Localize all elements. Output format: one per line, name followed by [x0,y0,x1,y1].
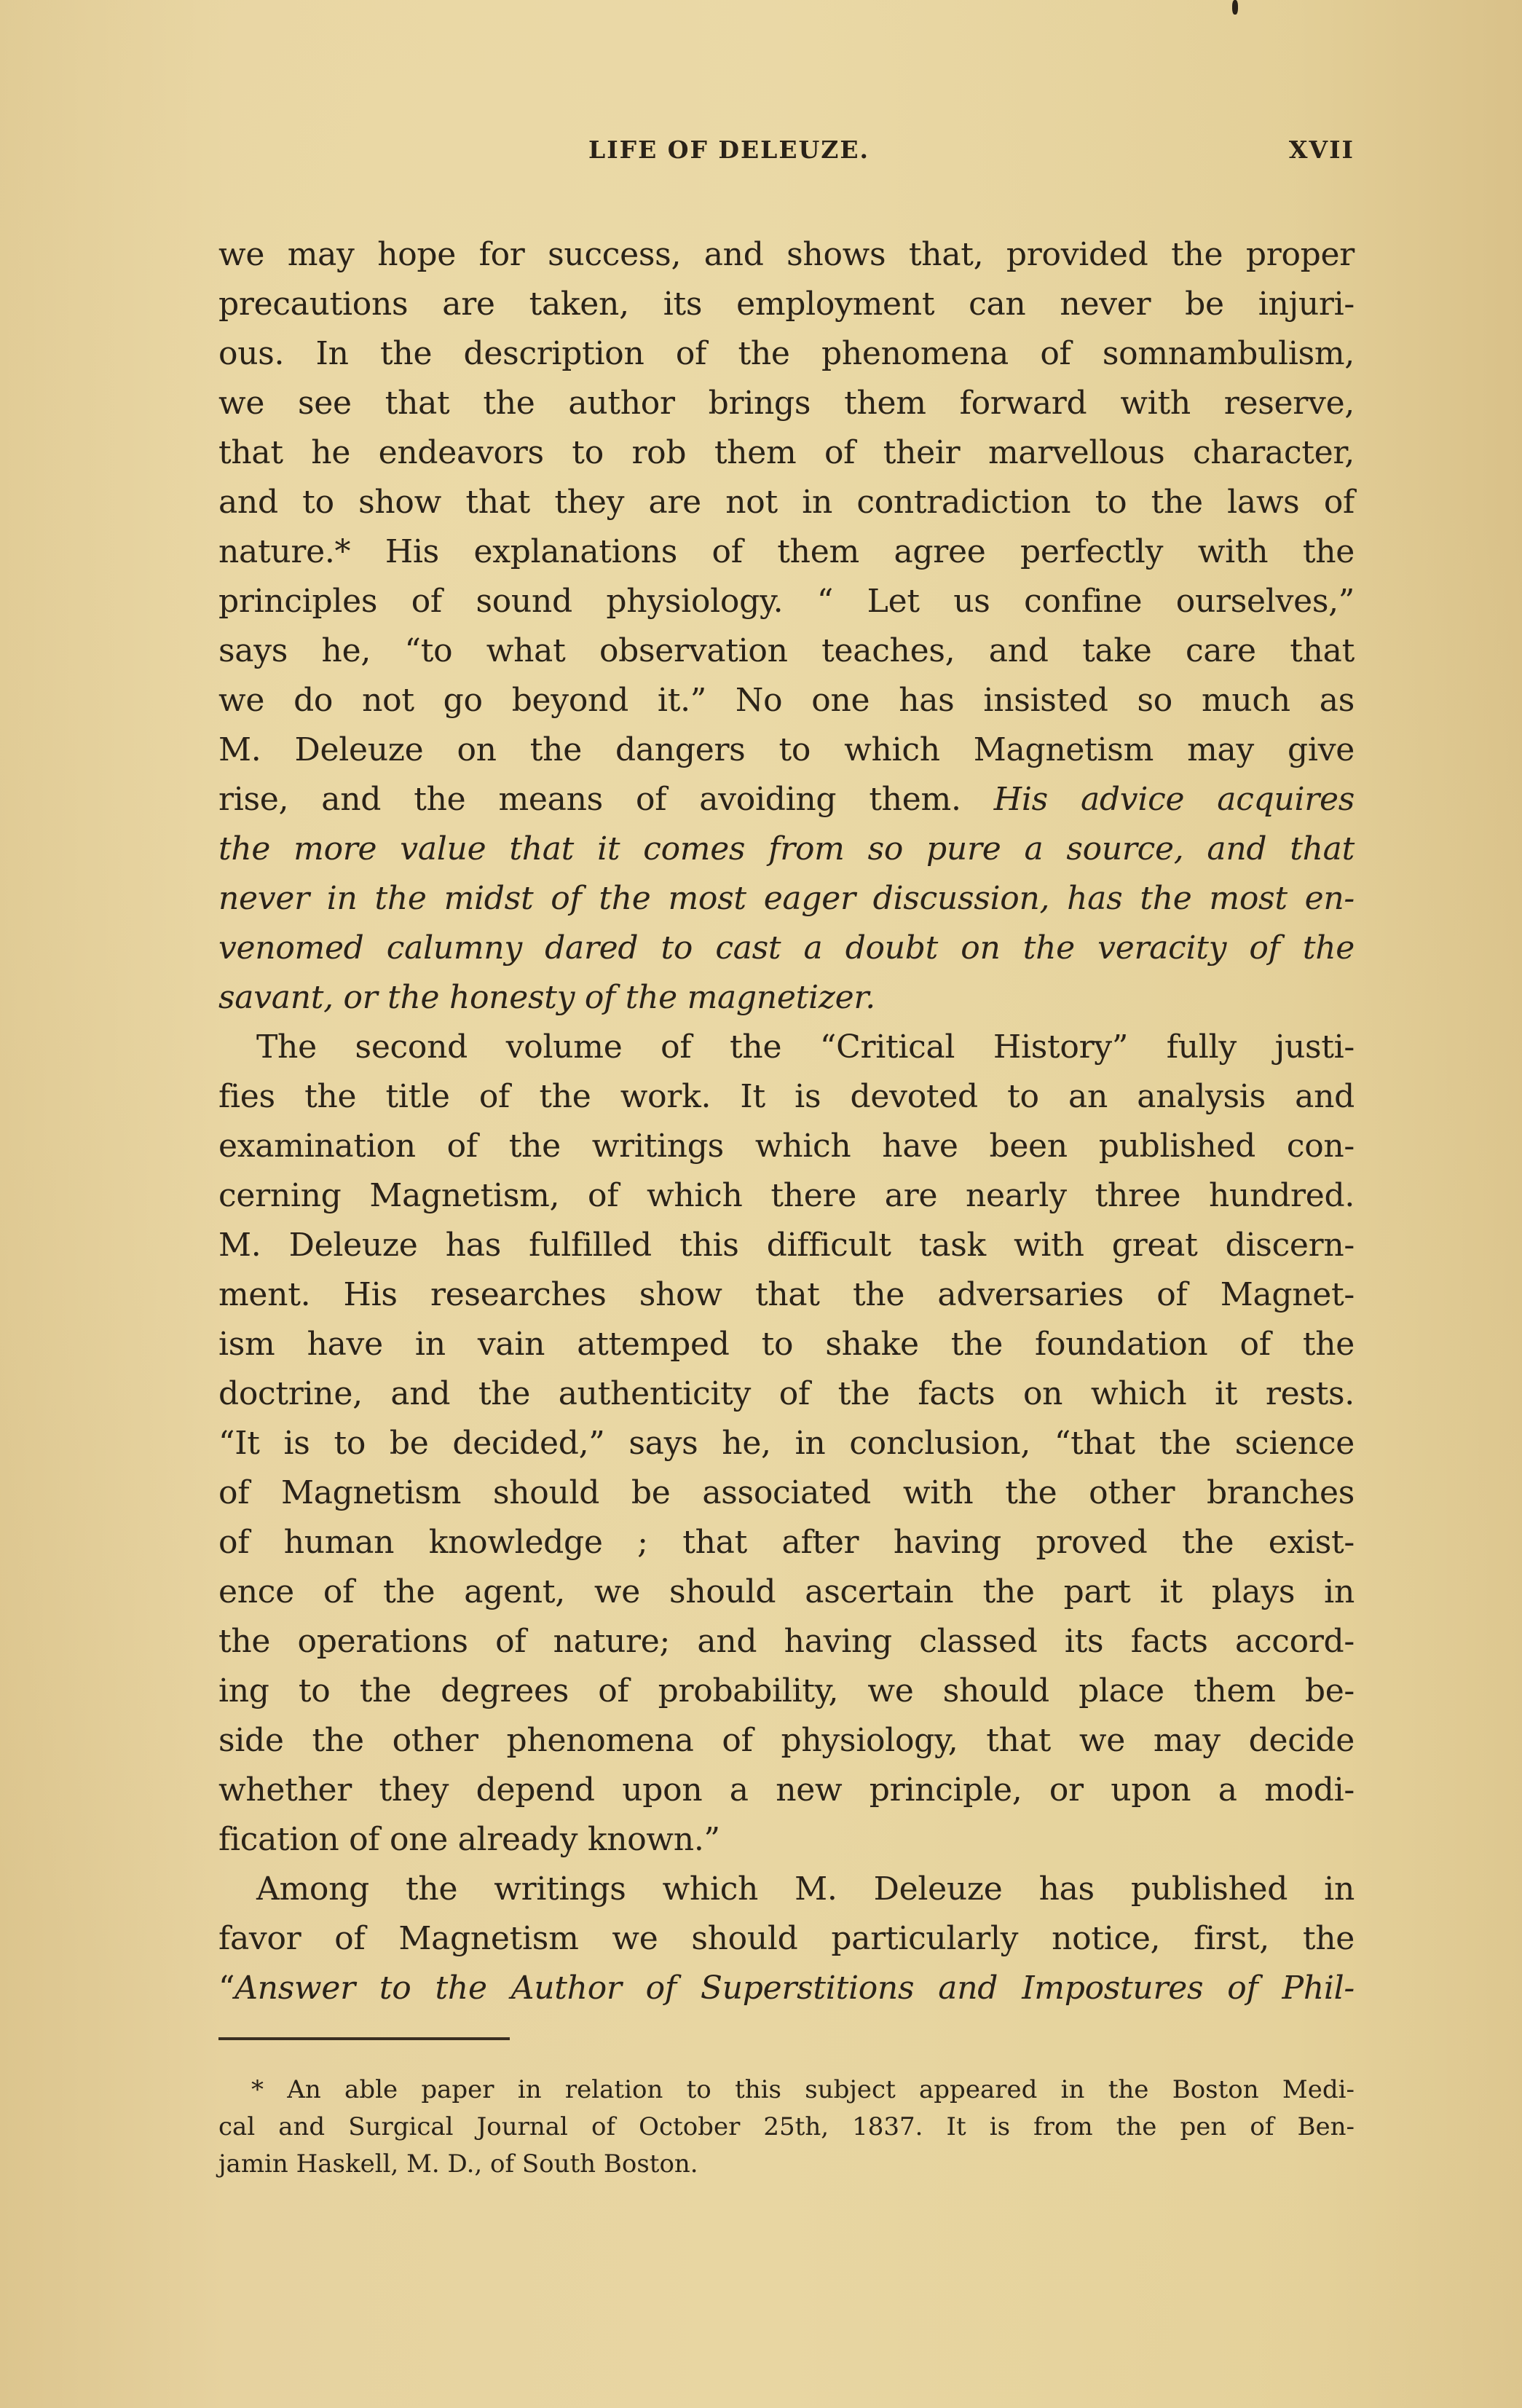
text-line: “Answer to the Author of Superstitions a… [218,1967,1355,2010]
paragraph-start-line: The second volume of the “Critical Histo… [256,1026,1355,1069]
text-line: fies the title of the work. It is devote… [218,1075,1355,1119]
text-line: ism have in vain attemped to shake the f… [218,1323,1355,1366]
text-line: says he, “to what observation teaches, a… [218,629,1355,673]
text-line: of Magnetism should be associated with t… [218,1471,1355,1515]
text-line: rise, and the means of avoiding them. Hi… [218,778,1355,822]
footnote-line: jamin Haskell, M. D., of South Boston. [218,2147,1355,2181]
text-line: and to show that they are not in contrad… [218,481,1355,524]
text-line: nature.* His explanations of them agree … [218,530,1355,574]
text-line: precautions are taken, its employment ca… [218,283,1355,326]
page-number: XVII [1289,135,1355,164]
text-line: we may hope for success, and shows that,… [218,233,1355,277]
ink-mark [1232,0,1238,15]
footnote-line: * An able paper in relation to this subj… [251,2072,1355,2107]
text-line: that he endeavors to rob them of their m… [218,431,1355,475]
footnote-line: cal and Surgical Journal of October 25th… [218,2109,1355,2144]
text-line-italic: never in the midst of the most eager dis… [218,877,1355,921]
text-line: doctrine, and the authenticity of the fa… [218,1372,1355,1416]
text-line: cerning Magnetism, of which there are ne… [218,1174,1355,1218]
text-italic: His advice acquires [994,781,1355,818]
text-line: fication of one already known.” [218,1818,1355,1862]
text-line-italic: savant, or the honesty of the magnetizer… [218,976,1355,1020]
text-line: ing to the degrees of probability, we sh… [218,1669,1355,1713]
text-line: ment. His researches show that the adver… [218,1273,1355,1317]
text-italic: Answer to the Author of Superstitions an… [234,1970,1355,2007]
text-line: ence of the agent, we should ascertain t… [218,1570,1355,1614]
text-line-italic: venomed calumny dared to cast a doubt on… [218,926,1355,970]
text-roman: “ [218,1970,234,2007]
running-head: LIFE OF DELEUZE. XVII [218,135,1355,172]
text-line: we see that the author brings them forwa… [218,382,1355,425]
text-roman: rise, and the means of avoiding them. [218,781,994,818]
text-line: M. Deleuze has fulfilled this difficult … [218,1224,1355,1267]
text-line: “It is to be decided,” says he, in concl… [218,1422,1355,1465]
text-line: whether they depend upon a new principle… [218,1768,1355,1812]
text-line: the operations of nature; and having cla… [218,1620,1355,1664]
text-line: M. Deleuze on the dangers to which Magne… [218,728,1355,772]
book-page: LIFE OF DELEUZE. XVII we may hope for su… [0,0,1522,2408]
paragraph-start-line: Among the writings which M. Deleuze has … [256,1868,1355,1911]
text-line: of human knowledge ; that after having p… [218,1521,1355,1565]
text-line: favor of Magnetism we should particularl… [218,1917,1355,1961]
footnote-rule [218,2037,510,2040]
text-line: examination of the writings which have b… [218,1125,1355,1168]
text-line: ous. In the description of the phenomena… [218,332,1355,376]
text-line: principles of sound physiology. “ Let us… [218,580,1355,623]
text-line: we do not go beyond it.” No one has insi… [218,679,1355,723]
text-line-italic: the more value that it comes from so pur… [218,827,1355,871]
text-line: side the other phenomena of physiology, … [218,1719,1355,1763]
running-head-title: LIFE OF DELEUZE. [588,135,870,164]
